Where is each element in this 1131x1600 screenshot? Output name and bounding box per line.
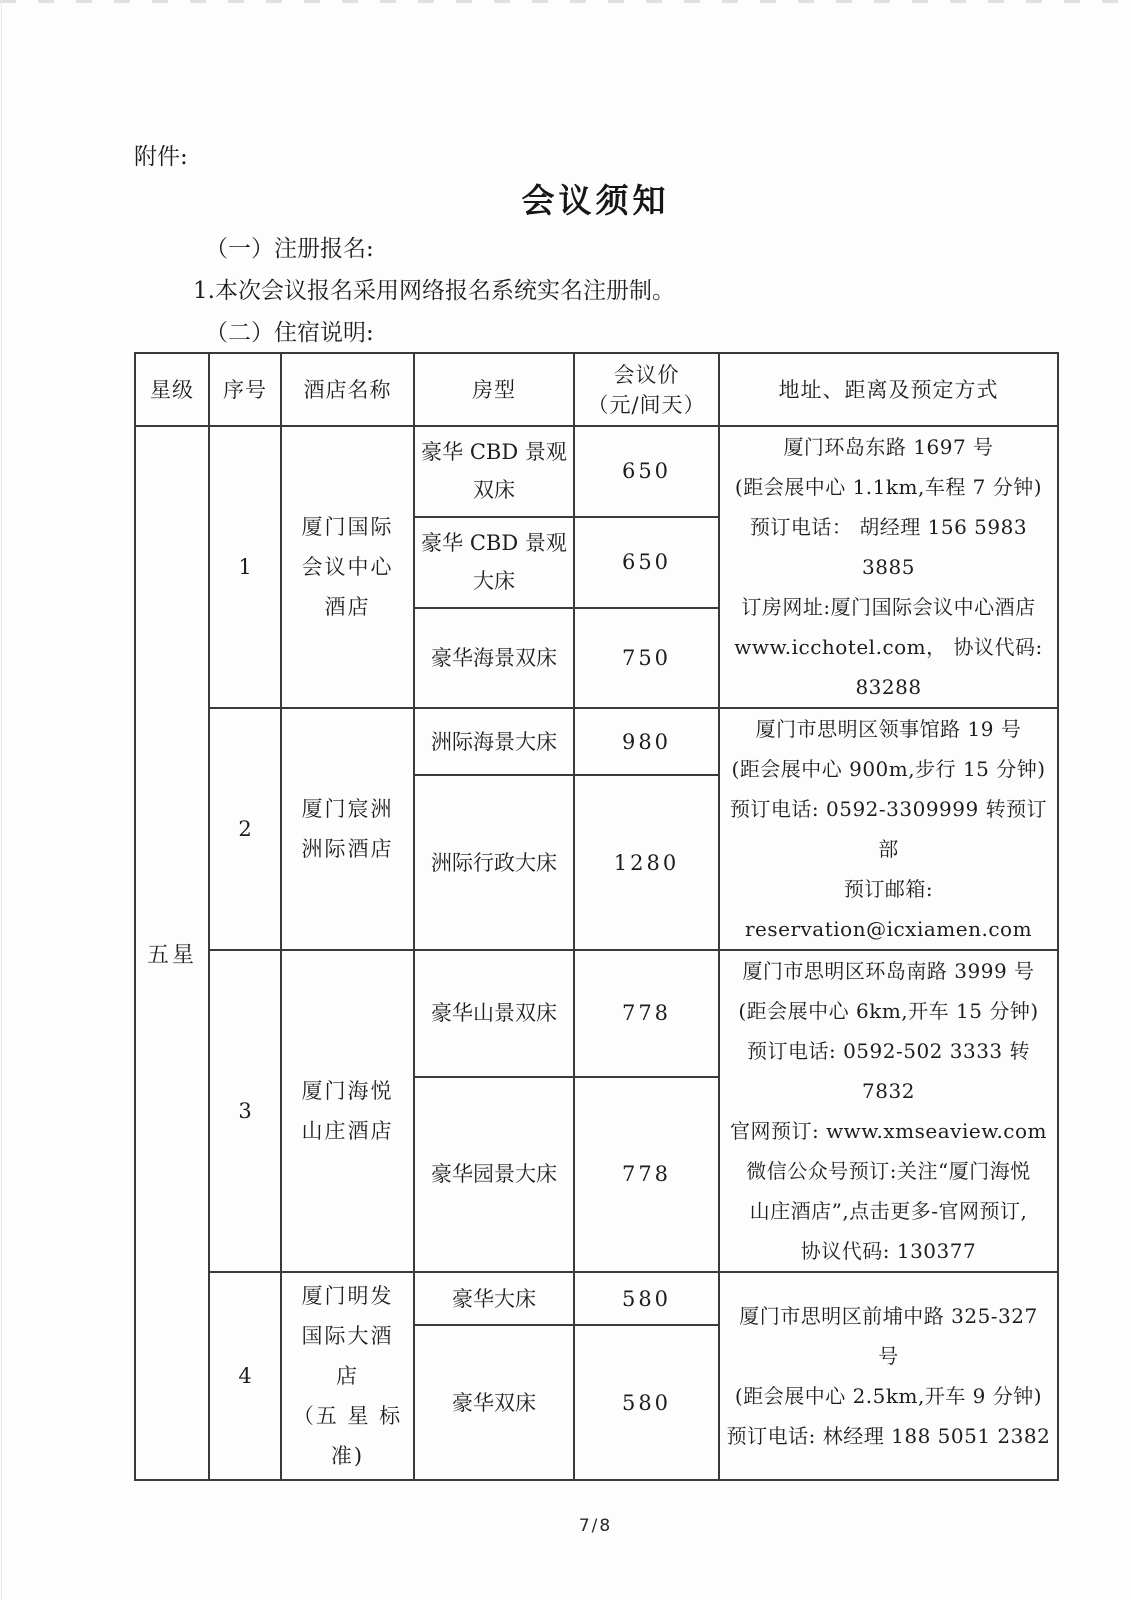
room-price: 778 [574,1077,719,1272]
page-number: 7/8 [134,1515,1057,1537]
room-type: 洲际行政大床 [414,775,574,950]
room-type: 豪华海景双床 [414,608,574,708]
hotel-no: 3 [209,950,281,1272]
room-price: 650 [574,426,719,517]
room-type: 豪华 CBD 景观 双床 [414,426,574,517]
room-price: 580 [574,1325,719,1480]
table-row: 2 厦门宸洲 洲际酒店 洲际海景大床 980 厦门市思明区领事馆路 19 号 (… [135,708,1058,775]
hotel-no: 4 [209,1272,281,1480]
document-page: 附件: 会议须知 （一）注册报名: 1.本次会议报名采用网络报名系统实名注册制。… [0,0,1131,1600]
hotel-address: 厦门环岛东路 1697 号 (距会展中心 1.1km,车程 7 分钟) 预订电话… [719,426,1058,708]
hotel-address: 厦门市思明区环岛南路 3999 号 (距会展中心 6km,开车 15 分钟) 预… [719,950,1058,1272]
hotel-no: 1 [209,426,281,708]
attachment-label: 附件: [134,0,1057,172]
col-header-no: 序号 [209,353,281,426]
col-header-hotel: 酒店名称 [281,353,414,426]
room-price: 980 [574,708,719,775]
room-price: 650 [574,517,719,608]
table-row: 3 厦门海悦 山庄酒店 豪华山景双床 778 厦门市思明区环岛南路 3999 号… [135,950,1058,1077]
table-row: 4 厦门明发 国际大酒 店 （五 星 标 准) 豪华大床 580 厦门市思明区前… [135,1272,1058,1325]
table-row: 五星 1 厦门国际 会议中心 酒店 豪华 CBD 景观 双床 650 厦门环岛东… [135,426,1058,517]
room-price: 750 [574,608,719,708]
room-type: 豪华双床 [414,1325,574,1480]
hotel-address: 厦门市思明区领事馆路 19 号 (距会展中心 900m,步行 15 分钟) 预订… [719,708,1058,950]
hotel-name: 厦门海悦 山庄酒店 [281,950,414,1272]
section-2-heading: （二）住宿说明: [134,318,1057,348]
section-1-item: 1.本次会议报名采用网络报名系统实名注册制。 [134,276,1057,306]
star-level-cell: 五星 [135,426,209,1480]
section-1-heading: （一）注册报名: [134,234,1057,264]
room-type: 豪华园景大床 [414,1077,574,1272]
room-type: 洲际海景大床 [414,708,574,775]
hotel-name: 厦门国际 会议中心 酒店 [281,426,414,708]
hotel-no: 2 [209,708,281,950]
col-header-room: 房型 [414,353,574,426]
room-type: 豪华大床 [414,1272,574,1325]
hotel-name: 厦门宸洲 洲际酒店 [281,708,414,950]
col-header-star: 星级 [135,353,209,426]
room-price: 580 [574,1272,719,1325]
room-type: 豪华山景双床 [414,950,574,1077]
hotel-table: 星级 序号 酒店名称 房型 会议价 （元/间天） 地址、距离及预定方式 五星 1… [134,352,1059,1481]
room-price: 778 [574,950,719,1077]
hotel-name: 厦门明发 国际大酒 店 （五 星 标 准) [281,1272,414,1480]
table-header-row: 星级 序号 酒店名称 房型 会议价 （元/间天） 地址、距离及预定方式 [135,353,1058,426]
col-header-price: 会议价 （元/间天） [574,353,719,426]
page-title: 会议须知 [134,180,1057,222]
room-type: 豪华 CBD 景观 大床 [414,517,574,608]
scan-edge-line [1,0,2,1600]
room-price: 1280 [574,775,719,950]
page-content: 附件: 会议须知 （一）注册报名: 1.本次会议报名采用网络报名系统实名注册制。… [134,0,1057,1537]
col-header-address: 地址、距离及预定方式 [719,353,1058,426]
hotel-address: 厦门市思明区前埔中路 325-327 号 (距会展中心 2.5km,开车 9 分… [719,1272,1058,1480]
